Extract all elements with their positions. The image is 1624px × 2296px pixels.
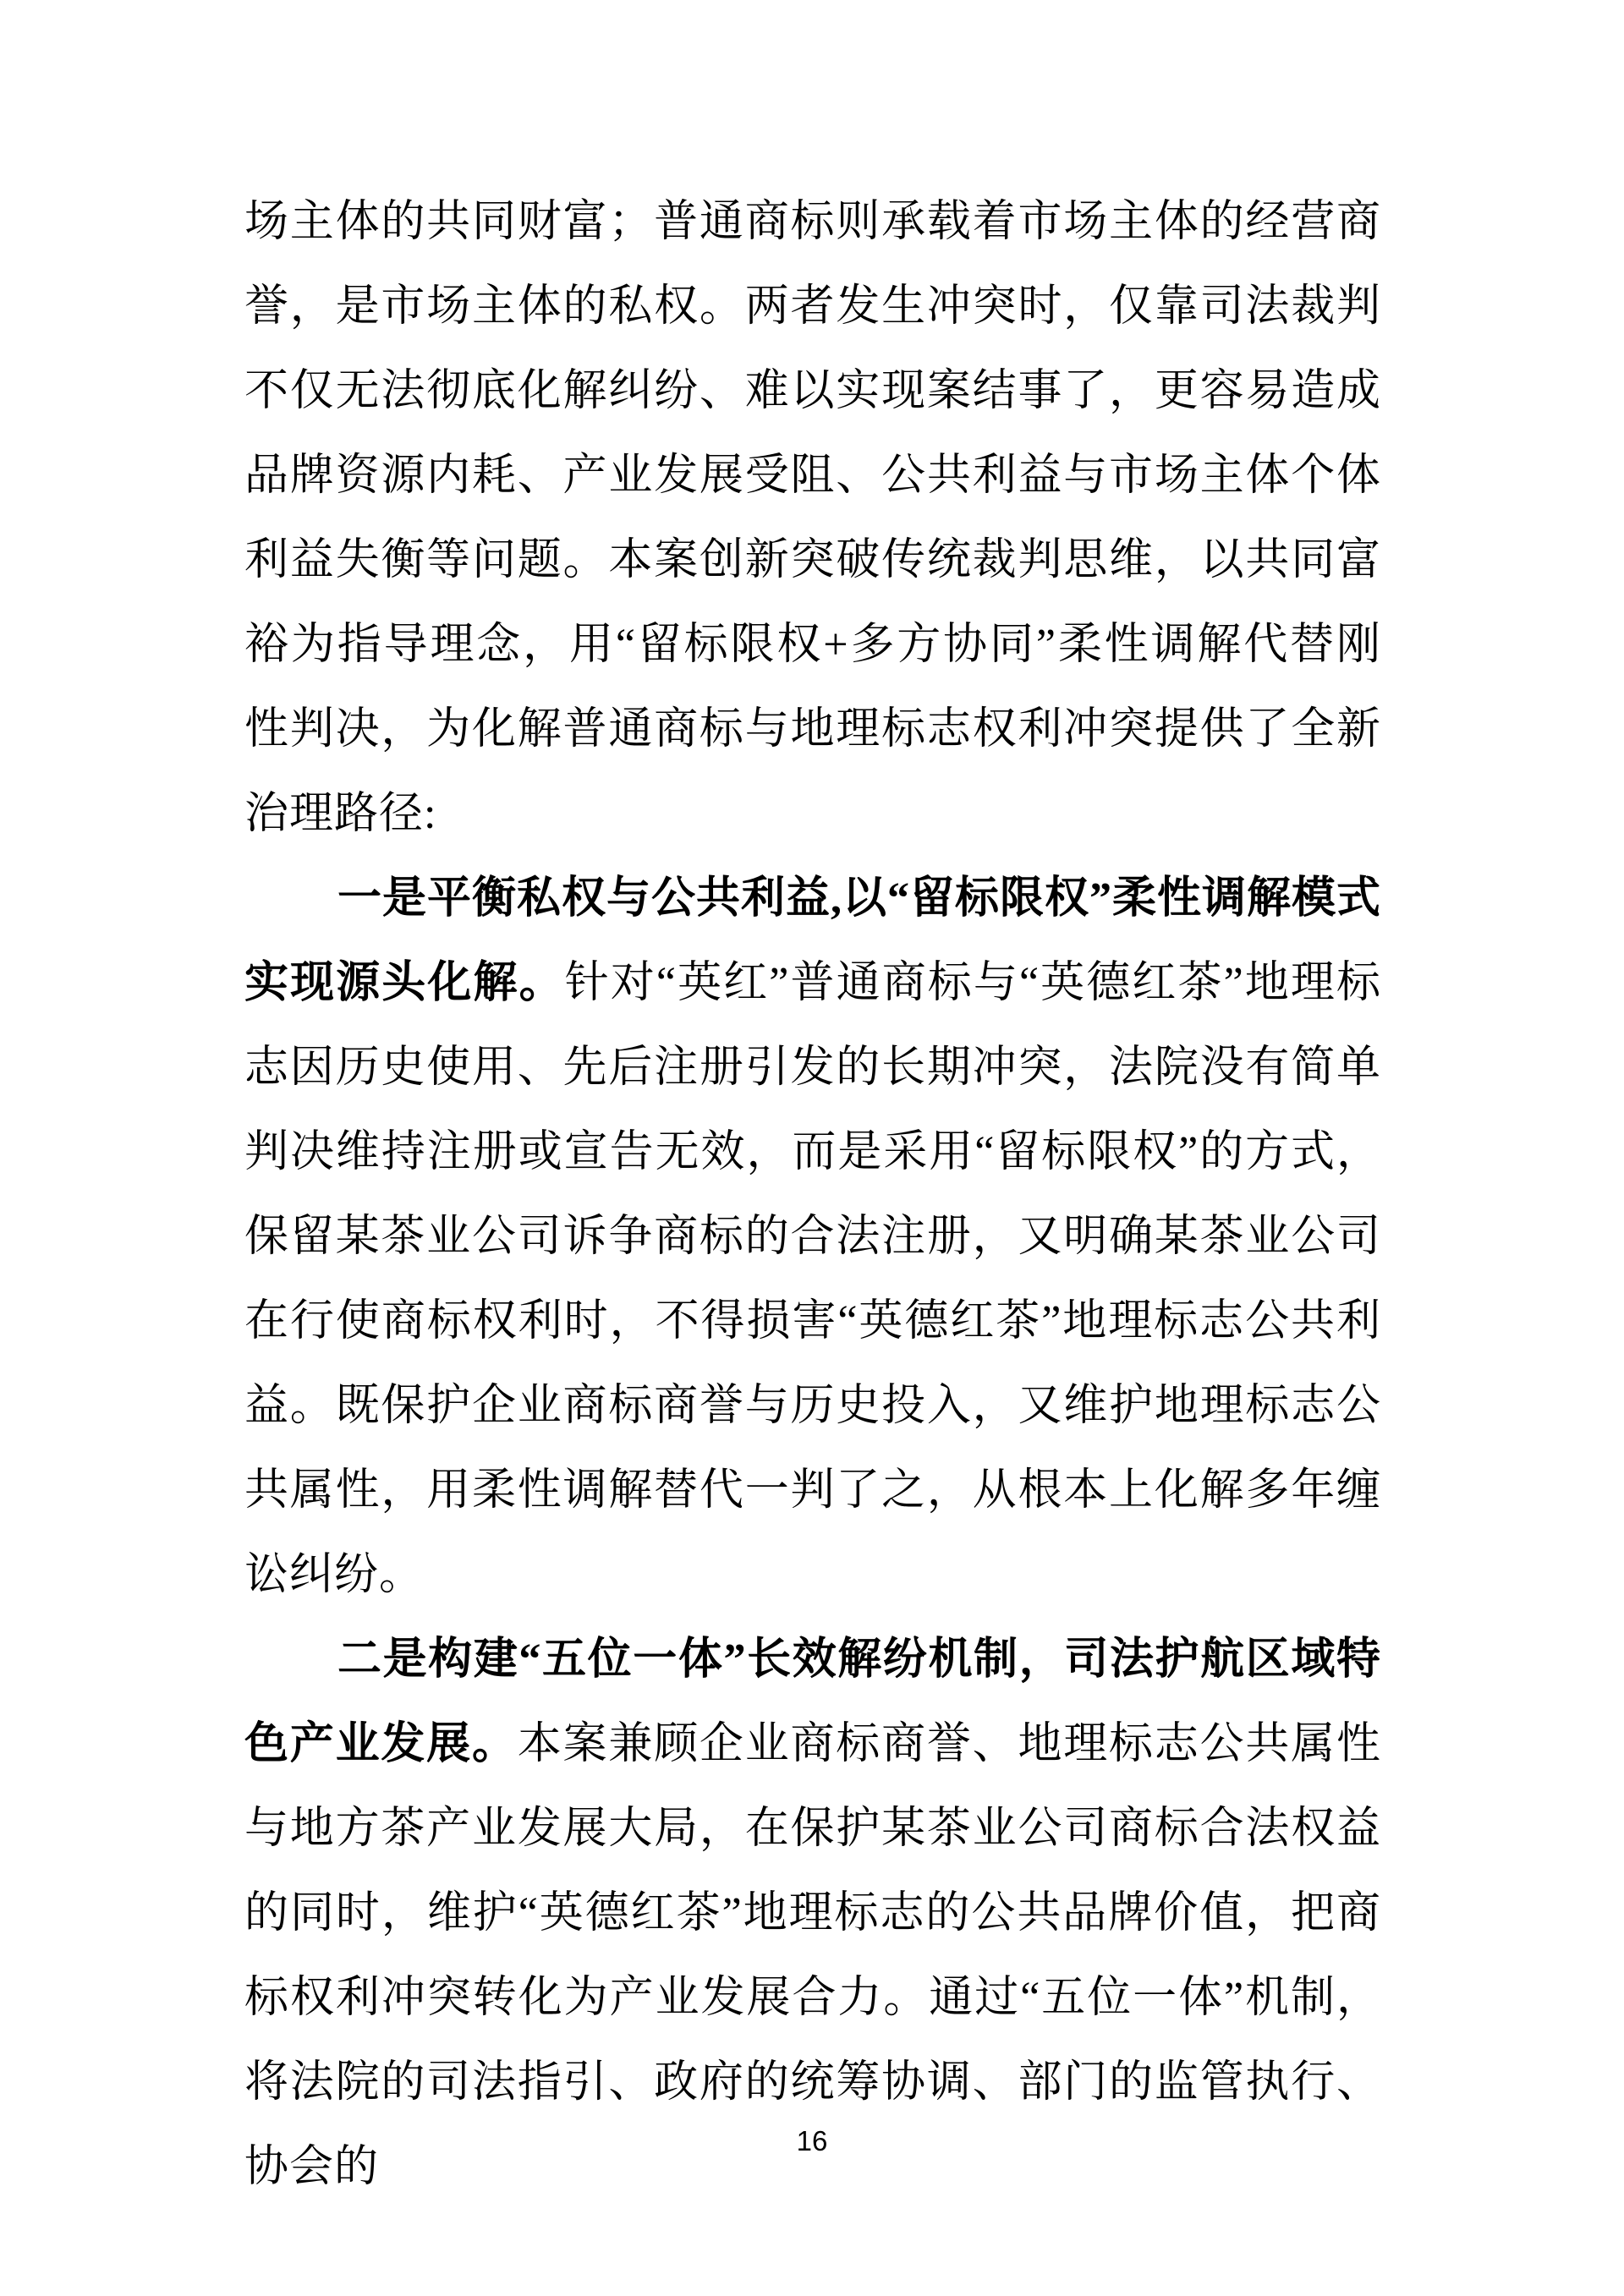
paragraph-point-two: 二是构建“五位一体”长效解纷机制，司法护航区域特色产业发展。本案兼顾企业商标商誉… [244,1618,1381,2210]
paragraph-2-text: 针对“英红”普通商标与“英德红茶”地理标志因历史使用、先后注册引发的长期冲突，法… [244,959,1381,1599]
body-text: 场主体的共同财富；普通商标则承载着市场主体的经营商誉，是市场主体的私权。两者发生… [244,180,1381,2210]
page-number: 16 [0,2124,1624,2158]
document-page: 场主体的共同财富；普通商标则承载着市场主体的经营商誉，是市场主体的私权。两者发生… [0,0,1624,2296]
paragraph-continuation: 场主体的共同财富；普通商标则承载着市场主体的经营商誉，是市场主体的私权。两者发生… [244,180,1381,857]
paragraph-point-one: 一是平衡私权与公共利益,以“留标限权”柔性调解模式实现源头化解。针对“英红”普通… [244,857,1381,1618]
paragraph-3-text: 本案兼顾企业商标商誉、地理标志公共属性与地方茶产业发展大局，在保护某茶业公司商标… [244,1720,1381,2191]
paragraph-1-text: 场主体的共同财富；普通商标则承载着市场主体的经营商誉，是市场主体的私权。两者发生… [244,198,1381,838]
